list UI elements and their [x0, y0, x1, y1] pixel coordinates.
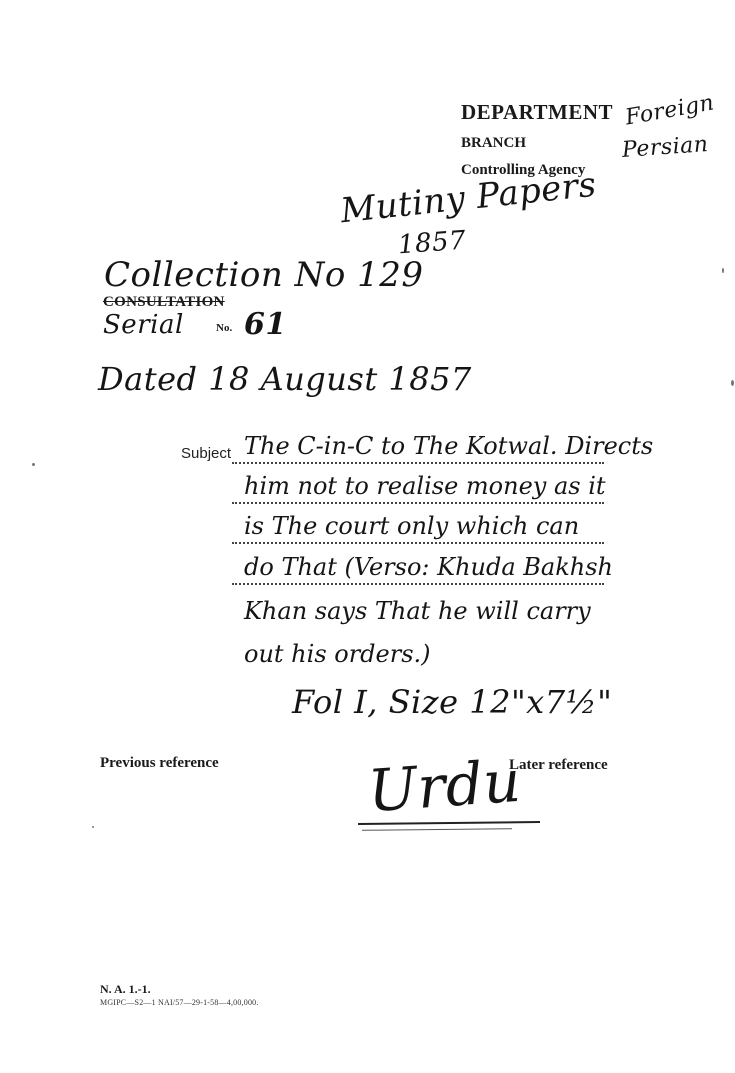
dotted-rule [232, 542, 604, 544]
previous-reference-label: Previous reference [100, 755, 219, 772]
scan-speck [92, 826, 94, 828]
later-reference-label: Later reference [509, 757, 608, 774]
department-label: DEPARTMENT [461, 100, 613, 125]
scan-speck [722, 268, 724, 273]
scan-speck [32, 463, 35, 466]
branch-label: BRANCH [461, 135, 526, 152]
subject-line: do That (Verso: Khuda Bakhsh [244, 553, 613, 581]
department-value: Foreign [624, 90, 717, 130]
collection-number: Collection No 129 [104, 255, 424, 295]
no-label: No. [216, 322, 232, 334]
subject-line: The C-in-C to The Kotwal. Directs [244, 432, 653, 460]
print-line: MGIPC—S2—1 NAI/57—29-1-58—4,00,000. [100, 998, 259, 1007]
subject-line: out his orders.) [244, 640, 431, 668]
serial-number: 61 [244, 307, 287, 342]
subject-label: Subject [181, 445, 231, 462]
language-note: Urdu [366, 747, 523, 826]
underline [362, 828, 512, 831]
dotted-rule [232, 462, 604, 464]
dotted-rule [232, 583, 604, 585]
dated-entry: Dated 18 August 1857 [98, 360, 472, 398]
scan-speck [731, 380, 734, 386]
dotted-rule [232, 502, 604, 504]
branch-value: Persian [621, 132, 709, 163]
form-number: N. A. 1.-1. [100, 982, 151, 997]
subject-line: Khan says That he will carry [244, 597, 591, 625]
subject-line: is The court only which can [244, 512, 579, 540]
folio-size-note: Fol I, Size 12"x7½" [292, 683, 612, 721]
consultation-label: CONSULTATION [103, 294, 225, 311]
subject-line: him not to realise money as it [244, 472, 606, 500]
serial-handwritten: Serial [103, 310, 184, 340]
